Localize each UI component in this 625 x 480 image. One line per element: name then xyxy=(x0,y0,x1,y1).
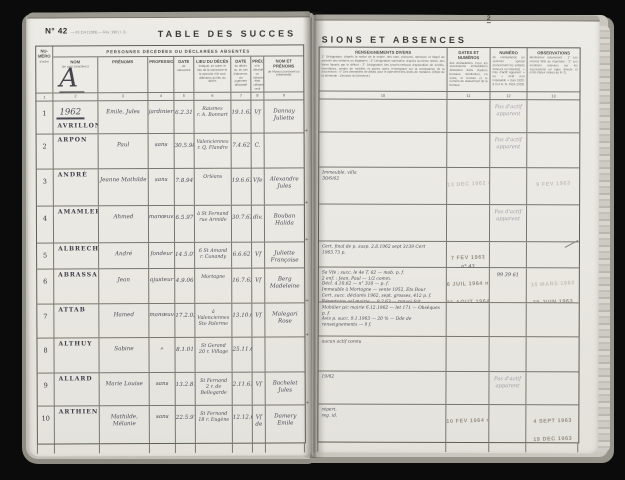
cell-nom-epoux-r9: Bachelet Jules xyxy=(266,372,305,404)
given-names: Jeanne Mathilde xyxy=(99,169,148,184)
surname: ALLARD xyxy=(55,373,99,382)
header-col-number: 12 xyxy=(490,91,526,99)
header-col-renseignements: RENSEIGNEMENTS DIVERS1° Désignation, d'a… xyxy=(319,48,447,99)
entry-handwriting: n° 43 xyxy=(447,264,489,267)
cell-numero-consignation-r4: Pas d'actif apparent xyxy=(490,205,527,241)
death-place-line: 20 r. Village xyxy=(196,350,232,356)
row-number: 2 xyxy=(37,135,53,151)
spouse-name: Dannay Juliette xyxy=(264,100,303,123)
cell-date-deces-r6: 16.7.62 xyxy=(232,269,252,303)
cell-nom-epoux-r2 xyxy=(265,133,304,167)
column-stub xyxy=(54,445,55,454)
marital-status: C. xyxy=(252,134,264,150)
cell-etat-civil-r8 xyxy=(252,338,265,372)
death-place-line: r. Q. Flandre xyxy=(195,146,231,152)
cell-observations-r4 xyxy=(527,205,579,241)
cell-date-deces-r5: 6.6.62 xyxy=(232,243,252,268)
column-stub xyxy=(445,443,446,452)
cell-nom-epoux-r4: Bouban Halida xyxy=(265,205,304,241)
profession: sans xyxy=(150,406,175,421)
birth-date: 13.2.81 xyxy=(176,373,195,389)
cell-nom-epoux-r8 xyxy=(265,337,304,371)
right-table-header: RENSEIGNEMENTS DIVERS1° Désignation, d'a… xyxy=(319,48,579,101)
page-title-left: TABLE DES SUCCES xyxy=(158,28,296,39)
margin-tick-mark: + xyxy=(305,332,309,338)
birth-date: 4.9.06 xyxy=(175,269,194,285)
table-row: Pas d'actif apparent xyxy=(319,133,579,169)
table-row: 9ALLARDMarie Louisesans13.2.81St Fernand… xyxy=(38,372,305,406)
death-date: 25.11.62 xyxy=(232,338,251,354)
cell-profession-r3: sans xyxy=(149,169,175,205)
header-note: Mentionner notamment : 1° Les renvois fa… xyxy=(528,55,580,76)
row-number: 5 xyxy=(37,244,53,260)
cell-lieu-deces-r5: 6 St Amandr. Conandy xyxy=(195,243,232,268)
header-col-lieu-deces: LIEU DU DÉCÈSIndiquer, en outre, le lieu… xyxy=(194,57,231,92)
cell-numero-consignation-r3 xyxy=(490,168,527,204)
row-number: 3 xyxy=(37,170,53,186)
header-col-profession: PROFESSION xyxy=(148,57,174,92)
cell-observations-r10: 4 SEPT 196319 DEC 1963 xyxy=(526,405,578,442)
profession: fondeur xyxy=(149,243,174,258)
cell-etat-civil-r5: Vf xyxy=(252,243,265,268)
death-place: Mortagne xyxy=(195,269,231,281)
column-stub xyxy=(304,443,305,452)
left-table-bottom-stubs xyxy=(37,443,306,453)
cell-renseignements-r3: Immeuble, villa30/6/62 xyxy=(319,168,447,204)
header-note: 1° Désignation, d'après la notice de la … xyxy=(320,55,447,80)
header-col-number: 7 xyxy=(231,93,251,100)
right-page: 2 SIONS ET ABSENCES RENSEIGNEMENTS DIVER… xyxy=(313,15,600,454)
death-place-line: Ste Palerme xyxy=(195,322,231,328)
cell-etat-civil-r4: div. xyxy=(252,206,265,242)
entry-handwriting: Pas d'actif apparent xyxy=(490,137,526,151)
header-col-number: 6 xyxy=(194,93,231,100)
marital-status: Vf xyxy=(253,373,265,389)
spouse-name: Bouban Halida xyxy=(265,205,304,228)
column-stub xyxy=(577,443,578,452)
margin-tick-mark: + xyxy=(306,400,310,406)
entry-stamp: 13 DEC 1962 n° 82 xyxy=(447,179,490,190)
header-col-date-deces: DATEdu décès ou, en cas d'absence, du ju… xyxy=(231,57,251,92)
cell-numero-r7: 7 xyxy=(37,305,54,338)
header-label: NU- MÉRO xyxy=(36,47,52,60)
table-row: répert.reg. id.10 FEV 1964 n° 584 SEPT 1… xyxy=(318,405,578,443)
cell-date-naissance-r6: 4.9.06 xyxy=(175,269,195,303)
cell-prenoms-r7: Hamed xyxy=(99,304,149,337)
cell-date-naissance-r10: 22.5.97 xyxy=(176,406,196,443)
death-date: 2.11.62 xyxy=(233,373,252,389)
surname: ARTHIEN xyxy=(55,406,99,415)
table-row: 11962AVRILLONEmile, Julesjardinier6.2.31… xyxy=(36,100,303,134)
header-col-number: 1 xyxy=(36,93,52,101)
cell-date-deces-r7: 13.10.62 xyxy=(232,304,252,337)
death-place: Valenciennesr. Q. Flandre xyxy=(195,134,231,153)
column-stub xyxy=(37,445,38,454)
cell-numero-consignation-r9: Pas d'actif apparent xyxy=(489,372,526,404)
marital-status: Vf de xyxy=(253,406,265,430)
header-note: d'ordre xyxy=(36,59,52,65)
profession: manœuvre xyxy=(149,304,174,319)
death-place-line: r. Conandy xyxy=(195,255,231,261)
cell-date-naissance-r5: 14.5.07 xyxy=(175,243,195,268)
entry-handwriting: Mobilier p/c mairie 6.12.1962 — let 171 … xyxy=(322,306,444,318)
header-col-number: 3 xyxy=(98,93,148,100)
entry-handwriting: 99 39 61 xyxy=(490,272,526,279)
cell-prenoms-r4: Ahmed xyxy=(99,206,149,242)
birth-date: 7.8.94 xyxy=(175,169,194,185)
table-row: 7ATTABHamedmanœuvre17.2.03à Valenciennes… xyxy=(37,303,304,338)
entry-handwriting: Cert. final de p. susp. 2.8.1962 sept 31… xyxy=(322,245,444,257)
header-col-number: 10 xyxy=(319,91,446,99)
cell-prenoms-r2: Paul xyxy=(99,134,149,168)
header-col-etat-civil: PRÉCISERsi le décédé ou l'absent était c… xyxy=(251,57,264,92)
cell-numero-r3: 3 xyxy=(37,170,54,206)
header-col-numero: NU- MÉROd'ordre1 xyxy=(36,47,53,101)
cell-numero-consignation-r10 xyxy=(489,405,526,442)
left-table-body: 11962AVRILLONEmile, Julesjardinier6.2.31… xyxy=(36,100,304,443)
column-stub xyxy=(488,443,489,452)
entry-stamp: 19 DEC 1963 xyxy=(533,435,572,443)
table-row: 2ARPONPaulsans30.5.98Valenciennesr. Q. F… xyxy=(37,133,304,169)
letter-annotation: A xyxy=(59,65,84,92)
death-place: St Fernand2 r. de Bellegarde xyxy=(196,373,232,398)
cell-renseignements-r5: Cert. final de p. susp. 2.8.1962 sept 31… xyxy=(319,242,447,267)
given-names: Sabine xyxy=(99,338,148,353)
entry-handwriting: reg. id. xyxy=(321,413,443,419)
death-date: 30.7.62 xyxy=(232,206,251,222)
entry-handwriting: Avis p. succ. 9.1.1963 — 20 % — Dde de r… xyxy=(322,317,444,329)
cell-numero-r1: 1 xyxy=(36,102,53,134)
death-date: 13.10.62 xyxy=(232,304,251,320)
given-names: Ahmed xyxy=(99,206,148,221)
cell-date-deces-r4: 30.7.62 xyxy=(232,206,252,242)
surname: ARPON xyxy=(54,134,98,143)
table-row: 8ALTHUYSabine»8.1.01St Gerand20 r. Villa… xyxy=(37,337,304,373)
death-place-line: r. A. Bonnart xyxy=(194,113,230,119)
header-col-number: 2 xyxy=(53,93,98,100)
entry-handwriting: 30/6/62 xyxy=(322,176,444,182)
cell-nom-epoux-r10: Damery Emile xyxy=(266,405,305,442)
cell-date-naissance-r7: 17.2.03 xyxy=(175,304,195,337)
given-names: Mathilde, Mélanie xyxy=(100,406,149,429)
entry-handwriting: Répertoire gal mairie — 9.2.63 — renvoi … xyxy=(322,299,444,302)
death-place: Raismesr. A. Bonnart xyxy=(194,101,230,120)
cell-numero-consignation-r5 xyxy=(490,242,527,267)
cell-dates-numeros-r1 xyxy=(447,100,490,132)
cell-prenoms-r10: Mathilde, Mélanie xyxy=(100,406,150,443)
header-col-numero-consignation: NUMÉROde consignation au sommier spécial… xyxy=(490,48,527,99)
cell-profession-r2: sans xyxy=(149,134,175,168)
column-stub xyxy=(252,444,253,453)
cell-date-naissance-r8: 8.1.01 xyxy=(175,338,195,372)
row-number: 1 xyxy=(36,102,52,118)
profession: sans xyxy=(150,373,175,388)
cell-dates-numeros-r7 xyxy=(447,303,490,336)
header-label: DATE xyxy=(231,57,250,64)
given-names: André xyxy=(99,243,148,258)
cell-observations-r8 xyxy=(527,337,579,371)
spouse-name: Juliette Françoise xyxy=(265,242,304,265)
death-place-line: Mortagne xyxy=(195,275,231,281)
cell-observations-r5 xyxy=(527,242,579,267)
right-table: RENSEIGNEMENTS DIVERS1° Désignation, d'a… xyxy=(317,47,580,444)
margin-tick-mark: + xyxy=(305,298,309,304)
cell-profession-r4: manœuvre xyxy=(149,206,175,242)
cell-nom-r7: ATTAB xyxy=(54,304,99,337)
cell-nom-epoux-r7: Malegari Rose xyxy=(265,303,304,336)
table-row: Sa Vfe ; succ. le 4e T. 62 — mob. p. f.2… xyxy=(319,268,579,304)
header-label: DATE xyxy=(174,57,193,64)
surname: ALBRECHT xyxy=(54,243,98,252)
entry-stamp: 15 MARS 1963 xyxy=(531,279,575,289)
cell-nom-r9: ALLARD xyxy=(55,373,100,405)
cell-date-naissance-r9: 13.2.81 xyxy=(176,373,196,405)
cell-lieu-deces-r9: St Fernand2 r. de Bellegarde xyxy=(196,373,233,405)
cell-numero-r5: 5 xyxy=(37,244,54,269)
cell-profession-r5: fondeur xyxy=(149,243,175,268)
entry-handwriting: Pas d'actif apparent xyxy=(489,376,525,390)
cell-nom-r8: ALTHUY xyxy=(54,338,99,372)
death-place: à ValenciennesSte Palerme xyxy=(195,304,231,329)
cell-dates-numeros-r5: 7 FEV 1963n° 43 xyxy=(447,242,490,267)
page-title-right: SIONS ET ABSENCES xyxy=(322,35,467,46)
cell-lieu-deces-r1: Raismesr. A. Bonnart xyxy=(194,101,231,133)
cell-etat-civil-r7: Vf xyxy=(252,304,265,337)
spouse-name: Bachelet Jules xyxy=(266,372,305,395)
cell-dates-numeros-r6: 6 JUIL 1964 n° 19031 AOUT 1964 n° 248 xyxy=(447,268,490,302)
profession: sans xyxy=(149,134,174,149)
cell-dates-numeros-r4 xyxy=(447,205,490,241)
left-table: NU- MÉROd'ordre1PERSONNES DÉCÉDÉES OU DÉ… xyxy=(35,44,306,444)
cell-etat-civil-r2: C. xyxy=(252,134,265,168)
cell-nom-r4: AMAMLER xyxy=(54,206,99,242)
cell-numero-consignation-r7 xyxy=(490,303,527,336)
marital-status xyxy=(252,338,264,347)
death-place: 6 St Amandr. Conandy xyxy=(195,243,231,262)
cell-nom-r10: ARTHIEN xyxy=(55,406,100,443)
surname: ALTHUY xyxy=(54,338,98,347)
cell-numero-consignation-r1: Pas d'actif apparent xyxy=(490,100,527,132)
column-stub xyxy=(232,444,233,453)
header-label: NOM ET PRÉNOMS xyxy=(264,56,303,69)
death-date: 19.1.62 xyxy=(231,101,250,117)
header-label: PRÉCISER xyxy=(251,57,263,64)
cell-dates-numeros-r2 xyxy=(447,133,490,167)
cell-prenoms-r5: André xyxy=(99,243,149,268)
birth-date: 30.5.98 xyxy=(175,134,194,150)
cell-nom-r2: ARPON xyxy=(54,134,99,168)
cell-nom-r3: ANDRÉ xyxy=(54,169,99,205)
entry-handwriting: Pas d'actif apparent xyxy=(490,104,526,118)
cell-numero-consignation-r2: Pas d'actif apparent xyxy=(490,133,527,167)
cell-numero-r6: 6 xyxy=(37,270,54,304)
margin-tick-mark: + xyxy=(305,237,309,243)
cell-renseignements-r2 xyxy=(319,133,447,167)
column-stub xyxy=(265,444,266,453)
header-col-number: 8 xyxy=(251,93,264,100)
table-row: Immeuble, villa30/6/6213 DEC 1962 n° 829… xyxy=(319,168,579,206)
death-place: St Gerand20 r. Village xyxy=(195,338,231,357)
row-number: 9 xyxy=(38,374,54,390)
death-place-line: à Valenciennes xyxy=(195,310,231,323)
cell-date-deces-r8: 25.11.62 xyxy=(232,338,252,372)
death-place: à St Fernandrue Armide xyxy=(195,206,231,225)
entry-stamp: 9 FEV 1963 xyxy=(536,179,571,189)
entry-stamp: 7 FEV 1963 xyxy=(451,254,486,263)
page-number: 2 xyxy=(487,15,491,23)
cell-observations-r9 xyxy=(526,372,578,404)
cell-lieu-deces-r8: St Gerand20 r. Village xyxy=(195,338,232,372)
cell-observations-r7 xyxy=(527,303,579,336)
marital-status: div. xyxy=(252,206,264,222)
cell-etat-civil-r10: Vf de xyxy=(253,406,266,443)
death-place: St Fernand18 r. Eugène xyxy=(196,406,232,425)
cell-numero-r9: 9 xyxy=(38,374,55,406)
cell-prenoms-r3: Jeanne Mathilde xyxy=(99,169,149,205)
given-names: Emile, Jules xyxy=(98,101,147,116)
right-table-bottom-stubs xyxy=(317,443,579,453)
row-number: 4 xyxy=(37,207,53,223)
header-note: des déclarations. Pour les successions i… xyxy=(448,60,490,88)
cell-renseignements-r7: Mobilier p/c mairie 6.12.1962 — let 171 … xyxy=(319,303,447,336)
left-page-top-edge xyxy=(27,11,310,18)
cell-observations-r3: 9 FEV 1963 xyxy=(527,168,579,204)
table-row: Pas d'actif apparent xyxy=(319,205,579,243)
cell-date-naissance-r4: 6.5.97 xyxy=(175,206,195,242)
birth-date: 6.2.31 xyxy=(174,101,193,117)
right-page-top-edge xyxy=(315,15,600,22)
given-names: Paul xyxy=(99,134,148,149)
table-row: 6ABRASSARTJeanajusteur4.9.06Mortagne16.7… xyxy=(37,268,304,304)
cell-lieu-deces-r7: à ValenciennesSte Palerme xyxy=(195,304,232,337)
cell-renseignements-r6: Sa Vfe ; succ. le 4e T. 62 — mob. p. f.2… xyxy=(319,268,447,302)
death-place-line: 18 r. Eugène xyxy=(196,418,232,424)
cell-etat-civil-r1: Vf xyxy=(251,101,264,133)
margin-tick-mark: + xyxy=(305,200,309,206)
cell-prenoms-r8: Sabine xyxy=(99,338,149,372)
cell-dates-numeros-r9 xyxy=(446,372,489,404)
header-columns-row: NOM(en gros caractères)PRÉNOMSPROFESSION… xyxy=(53,56,303,92)
row-number: 6 xyxy=(37,270,53,286)
table-row: 5ALBRECHTAndréfondeur14.5.076 St Amandr.… xyxy=(37,242,304,269)
death-place-line: Orléans xyxy=(195,175,231,181)
header-col-number: 11 xyxy=(447,91,489,99)
cell-etat-civil-r3: Vfe xyxy=(252,169,265,205)
cell-lieu-deces-r6: Mortagne xyxy=(195,269,232,303)
header-label: PROFESSION xyxy=(148,57,173,64)
book-scan: N° 42— 63 114 (1289) — Rev. 1961 I. D. T… xyxy=(0,0,625,480)
cell-numero-r2: 2 xyxy=(37,135,54,169)
profession: ajusteur xyxy=(149,269,174,284)
cell-nom-epoux-r1: Dannay Juliette xyxy=(264,100,303,132)
document-number: N° 42— 63 114 (1289) — Rev. 1961 I. D. xyxy=(45,26,127,35)
column-stub xyxy=(525,443,526,452)
header-col-number: 5 xyxy=(174,93,194,100)
cell-renseignements-r10: répert.reg. id. xyxy=(318,405,446,442)
cell-nom-r6: ABRASSART xyxy=(54,269,99,303)
death-place: Orléans xyxy=(195,169,231,181)
entry-handwriting: Pas d'actif apparent xyxy=(490,209,526,223)
column-stub xyxy=(99,444,100,453)
header-col-date-naissance: DATEde naissance xyxy=(174,57,194,92)
profession: jardinier xyxy=(148,101,173,116)
cell-lieu-deces-r3: Orléans xyxy=(195,169,232,205)
cell-lieu-deces-r2: Valenciennesr. Q. Flandre xyxy=(195,134,232,168)
spouse-name: Alexandre Jules xyxy=(265,168,304,191)
header-col-prenoms: PRÉNOMS xyxy=(98,57,148,92)
marital-status: Vf xyxy=(252,269,264,285)
header-col-dates-numeros: DATES ET NUMÉROSdes déclarations. Pour l… xyxy=(447,48,490,99)
birth-date: 17.2.03 xyxy=(175,304,194,320)
document-number-value: N° 42 xyxy=(45,26,68,35)
surname: ATTAB xyxy=(54,304,98,313)
cell-profession-r6: ajusteur xyxy=(149,269,175,303)
cell-dates-numeros-r3: 13 DEC 1962 n° 82 xyxy=(447,168,490,204)
cell-numero-r8: 8 xyxy=(37,339,54,373)
column-stub xyxy=(195,444,196,453)
cell-lieu-deces-r4: à St Fernandrue Armide xyxy=(195,206,232,242)
header-note: de consignation au sommier spécial (conc… xyxy=(491,55,527,87)
table-row: 4AMAMLERAhmedmanœuvre6.5.97à St Fernandr… xyxy=(37,205,304,243)
cell-dates-numeros-r10: 10 FEV 1964 n° 58 xyxy=(446,405,489,442)
header-col-observations: OBSERVATIONSMentionner notamment : 1° Le… xyxy=(527,48,579,99)
cell-renseignements-r4 xyxy=(319,205,447,241)
table-row: 3ANDRÉJeanne Mathildesans7.8.94Orléans19… xyxy=(37,168,304,206)
table-row: Pas d'actif apparent xyxy=(319,100,579,134)
entry-stamp: 6 JUIL 1964 n° 190 xyxy=(447,279,490,289)
cell-date-deces-r10: 12.12.62 xyxy=(233,406,253,443)
header-note: Indiquer, en outre, le lieu de la naissa… xyxy=(194,64,230,85)
left-page: N° 42— 63 114 (1289) — Rev. 1961 I. D. T… xyxy=(27,11,312,456)
profession: sans xyxy=(149,169,174,184)
cell-prenoms-r6: Jean xyxy=(99,269,149,303)
given-names: Hamed xyxy=(99,304,148,319)
cell-observations-r1 xyxy=(527,100,579,132)
column-stub xyxy=(149,444,150,453)
cell-profession-r10: sans xyxy=(150,406,176,443)
header-col-number: 4 xyxy=(148,93,174,100)
marital-status: Vf xyxy=(252,243,264,259)
cell-date-naissance-r1: 6.2.31 xyxy=(174,101,194,133)
cell-profession-r1: jardinier xyxy=(148,101,174,133)
column-stub xyxy=(317,443,318,452)
spouse-name: Malegari Rose xyxy=(265,303,304,326)
entry-handwriting: 19/62 xyxy=(321,375,443,381)
surname: ABRASSART xyxy=(54,269,98,278)
death-date: 12.12.62 xyxy=(233,406,252,422)
cell-dates-numeros-r8 xyxy=(447,337,490,371)
death-date: 16.7.62 xyxy=(232,269,251,285)
birth-date: 14.5.07 xyxy=(175,243,194,259)
right-table-body: Pas d'actif apparentPas d'actif apparent… xyxy=(318,100,579,443)
cell-renseignements-r8: aucun actif connu xyxy=(319,337,447,371)
entry-stamp: 10 FEV 1964 n° 58 xyxy=(446,416,489,426)
cell-numero-consignation-r8 xyxy=(490,337,527,371)
row-number: 7 xyxy=(37,305,53,321)
cell-etat-civil-r9: Vf xyxy=(253,373,266,405)
cell-nom-epoux-r5: Juliette Françoise xyxy=(265,242,304,267)
death-date: 6.6.62 xyxy=(232,243,251,259)
cell-nom-epoux-r6: Berg Madeleine xyxy=(265,268,304,302)
cell-prenoms-r1: Emile, Jules xyxy=(98,101,148,133)
header-note: si le décédé ou l'absent était célibatai… xyxy=(251,64,263,92)
death-place-line: 2 r. de Bellegarde xyxy=(196,385,232,398)
header-col-nom-epoux: NOM ET PRÉNOMSde l'époux (survivant ou p… xyxy=(264,56,303,91)
header-col-number: 13 xyxy=(527,91,579,99)
given-names: Jean xyxy=(99,269,148,284)
document-number-note: — 63 114 (1289) — Rev. 1961 I. D. xyxy=(71,30,127,34)
cell-prenoms-r9: Marie Louise xyxy=(100,373,150,405)
